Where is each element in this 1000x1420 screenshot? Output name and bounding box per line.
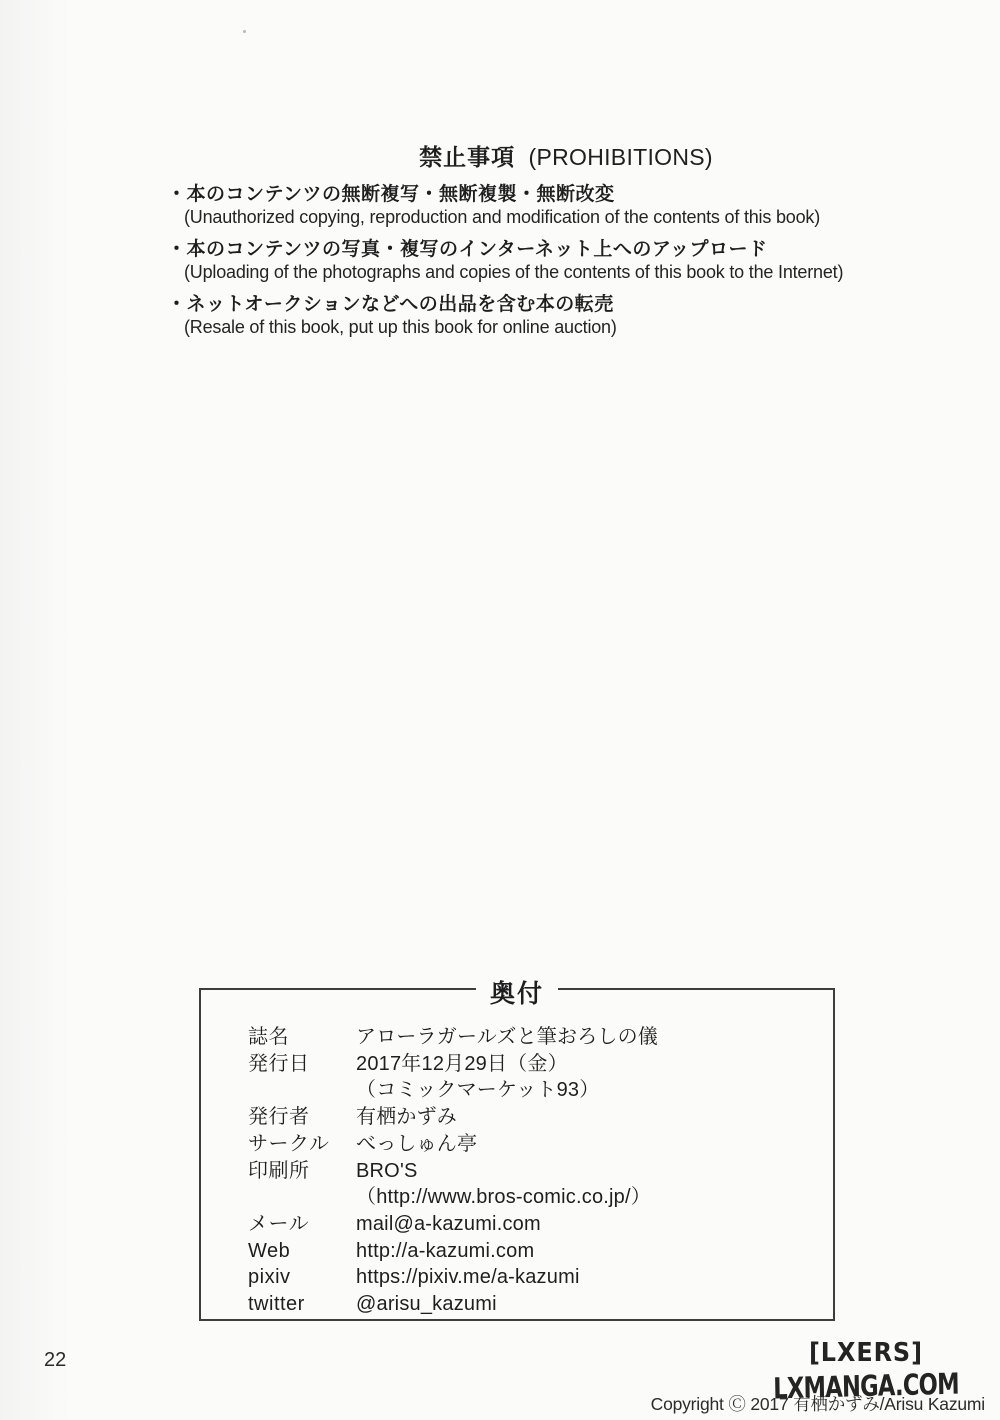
prohibitions-title-jp: 禁止事項 bbox=[419, 144, 515, 170]
prohibition-text-jp: ・本のコンテンツの無断複写・無断複製・無断改変 bbox=[167, 183, 957, 206]
colophon-row-value: @arisu_kazumi bbox=[356, 1291, 823, 1318]
colophon-row-value: （コミックマーケット93） bbox=[356, 1077, 823, 1104]
colophon-row-value: http://a-kazumi.com bbox=[356, 1238, 823, 1265]
scan-dust-speck bbox=[243, 30, 246, 33]
prohibition-text-jp: ・本のコンテンツの写真・複写のインターネット上へのアップロード bbox=[167, 238, 957, 261]
colophon-row-value: 2017年12月29日（金） bbox=[356, 1051, 823, 1078]
prohibition-item: ・本のコンテンツの写真・複写のインターネット上へのアップロード (Uploadi… bbox=[167, 238, 957, 283]
colophon-row-label bbox=[248, 1184, 356, 1211]
colophon-row-label: Web bbox=[248, 1238, 356, 1265]
colophon-row-label: 発行日 bbox=[248, 1051, 356, 1078]
colophon-row-value: https://pixiv.me/a-kazumi bbox=[356, 1264, 823, 1291]
colophon-row-value: mail@a-kazumi.com bbox=[356, 1211, 823, 1238]
colophon-row-label: 誌名 bbox=[248, 1024, 356, 1051]
colophon-row-publish-date: 発行日 2017年12月29日（金） bbox=[248, 1051, 823, 1078]
prohibitions-title: 禁止事項 (PROHIBITIONS) bbox=[66, 139, 1000, 172]
prohibitions-list: ・本のコンテンツの無断複写・無断複製・無断改変 (Unauthorized co… bbox=[167, 183, 957, 348]
colophon-row-label: 印刷所 bbox=[248, 1158, 356, 1185]
prohibition-text-en: (Unauthorized copying, reproduction and … bbox=[167, 206, 957, 228]
colophon-row-event: （コミックマーケット93） bbox=[248, 1077, 823, 1104]
colophon-row-label: twitter bbox=[248, 1291, 356, 1318]
colophon-box: 奥付 誌名 アローラガールズと筆おろしの儀 発行日 2017年12月29日（金）… bbox=[199, 988, 835, 1321]
prohibition-text-en: (Uploading of the photographs and copies… bbox=[167, 261, 957, 283]
colophon-row-label: 発行者 bbox=[248, 1104, 356, 1131]
colophon-row-mail: メール mail@a-kazumi.com bbox=[248, 1211, 823, 1238]
colophon-row-circle: サークル べっしゅん亭 bbox=[248, 1131, 823, 1158]
watermark-lxers: [LXERS] bbox=[809, 1340, 923, 1366]
colophon-box-title: 奥付 bbox=[476, 974, 558, 1010]
colophon-row-publisher: 発行者 有栖かずみ bbox=[248, 1104, 823, 1131]
colophon-row-value: BRO'S bbox=[356, 1158, 823, 1185]
colophon-row-pixiv: pixiv https://pixiv.me/a-kazumi bbox=[248, 1264, 823, 1291]
colophon-row-twitter: twitter @arisu_kazumi bbox=[248, 1291, 823, 1318]
colophon-row-value: 有栖かずみ bbox=[356, 1104, 823, 1131]
colophon-row-value: アローラガールズと筆おろしの儀 bbox=[356, 1024, 823, 1051]
copyright-line: Copyright Ⓒ 2017 有栖かずみ/Arisu Kazumi bbox=[651, 1391, 985, 1416]
colophon-row-value: （http://www.bros-comic.co.jp/） bbox=[356, 1184, 823, 1211]
colophon-row-value: べっしゅん亭 bbox=[356, 1131, 823, 1158]
colophon-row-label: pixiv bbox=[248, 1264, 356, 1291]
prohibition-text-en: (Resale of this book, put up this book f… bbox=[167, 316, 957, 338]
prohibition-text-jp: ・ネットオークションなどへの出品を含む本の転売 bbox=[167, 293, 957, 316]
colophon-row-printer: 印刷所 BRO'S bbox=[248, 1158, 823, 1185]
colophon-row-title: 誌名 アローラガールズと筆おろしの儀 bbox=[248, 1024, 823, 1051]
colophon-row-web: Web http://a-kazumi.com bbox=[248, 1238, 823, 1265]
prohibition-item: ・本のコンテンツの無断複写・無断複製・無断改変 (Unauthorized co… bbox=[167, 183, 957, 228]
colophon-row-label: サークル bbox=[248, 1131, 356, 1158]
colophon-row-printer-url: （http://www.bros-comic.co.jp/） bbox=[248, 1184, 823, 1211]
colophon-rows: 誌名 アローラガールズと筆おろしの儀 発行日 2017年12月29日（金） （コ… bbox=[248, 1024, 823, 1318]
page-number: 22 bbox=[44, 1349, 66, 1372]
prohibitions-title-en: (PROHIBITIONS) bbox=[529, 144, 713, 170]
colophon-row-label: メール bbox=[248, 1211, 356, 1238]
prohibition-item: ・ネットオークションなどへの出品を含む本の転売 (Resale of this … bbox=[167, 293, 957, 338]
colophon-row-label bbox=[248, 1077, 356, 1104]
scanned-colophon-page: 禁止事項 (PROHIBITIONS) ・本のコンテンツの無断複写・無断複製・無… bbox=[0, 0, 1000, 1420]
